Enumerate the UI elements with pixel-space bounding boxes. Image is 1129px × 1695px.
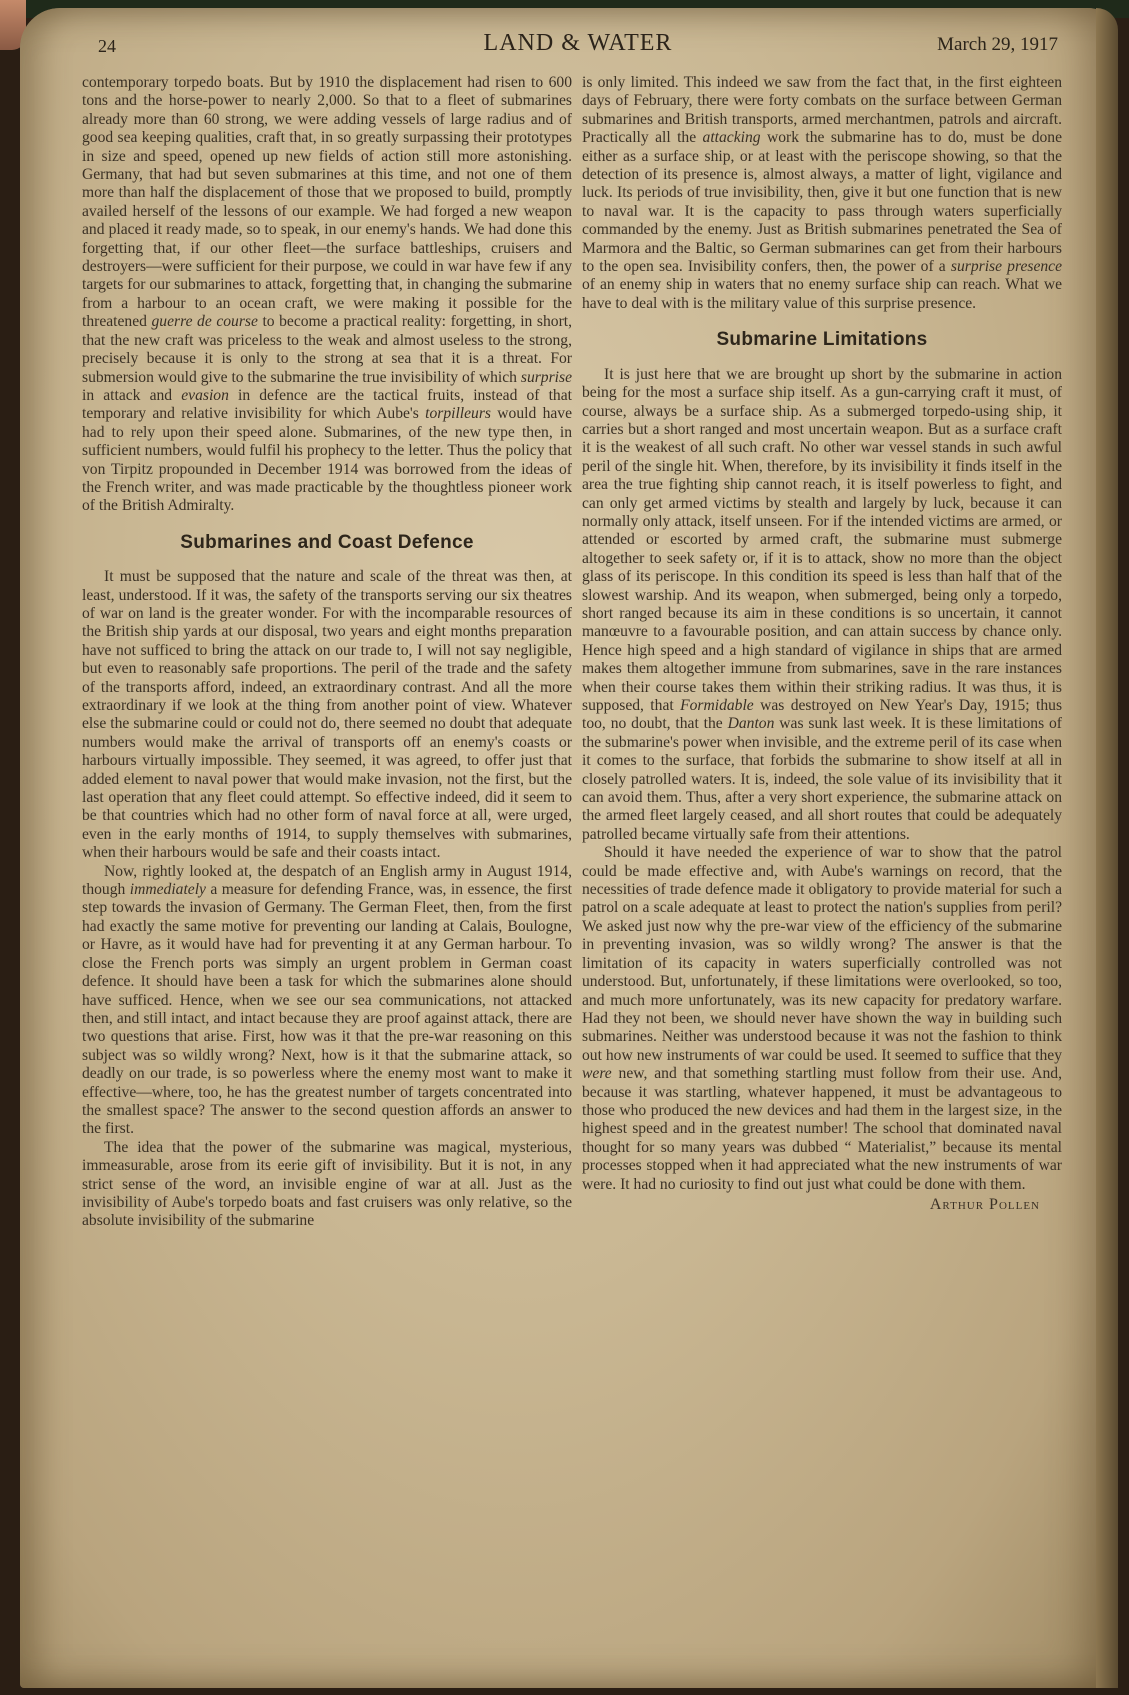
italic-phrase: torpilleurs	[425, 405, 491, 422]
issue-date: March 29, 1917	[937, 34, 1058, 56]
italic-phrase: surprise presence	[951, 258, 1062, 275]
page-spine-shadow	[1096, 8, 1118, 1688]
paragraph: contemporary torpedo boats. But by 1910 …	[82, 74, 572, 516]
paragraph: It must be supposed that the nature and …	[82, 568, 572, 863]
paragraph: The idea that the power of the submarine…	[82, 1139, 572, 1231]
italic-phrase: surprise	[521, 369, 572, 386]
section-heading: Submarine Limitations	[582, 331, 1062, 349]
italic-phrase: were	[582, 1065, 612, 1082]
italic-phrase: evasion	[181, 387, 229, 404]
author-byline: Arthur Pollen	[582, 1196, 1062, 1214]
publication-title: LAND & WATER	[98, 30, 1058, 57]
magazine-page: 24 LAND & WATER March 29, 1917 contempor…	[20, 8, 1118, 1688]
paragraph: It is just here that we are brought up s…	[582, 366, 1062, 845]
italic-phrase: immediately	[130, 881, 206, 898]
left-column: contemporary torpedo boats. But by 1910 …	[82, 74, 572, 1231]
paragraph: is only limited. This indeed we saw from…	[582, 74, 1062, 313]
paragraph: Now, rightly looked at, the despatch of …	[82, 863, 572, 1139]
running-header: 24 LAND & WATER March 29, 1917	[98, 30, 1058, 60]
section-heading: Submarines and Coast Defence	[82, 534, 572, 552]
right-column: is only limited. This indeed we saw from…	[582, 74, 1062, 1214]
italic-phrase: Formidable	[680, 697, 754, 714]
italic-phrase: Danton	[728, 715, 775, 732]
paragraph: Should it have needed the experience of …	[582, 844, 1062, 1194]
italic-phrase: attacking	[703, 129, 761, 146]
italic-phrase: guerre de course	[152, 313, 258, 330]
